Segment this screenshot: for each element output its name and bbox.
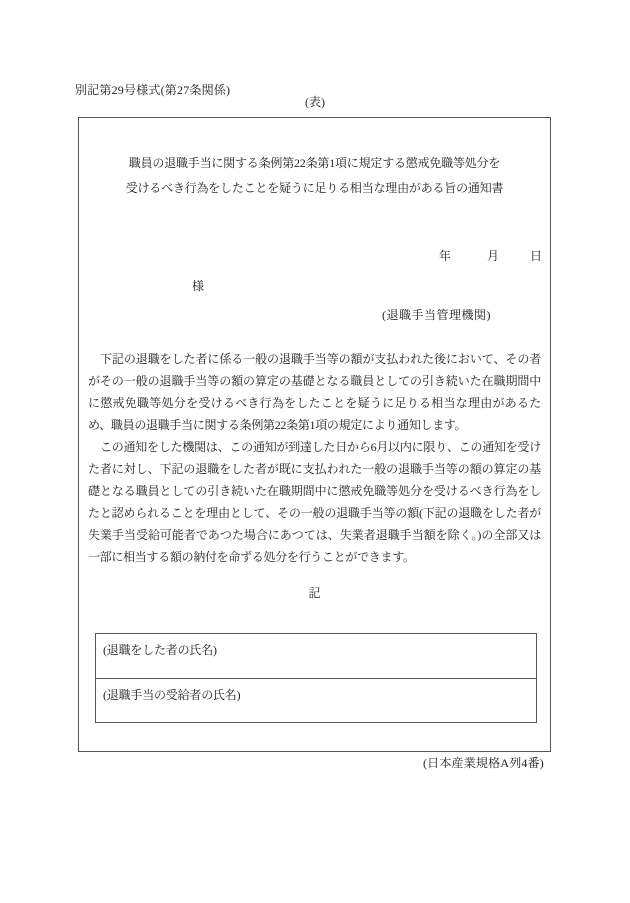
body-paragraph-2: この通知をした機関は、この通知が到達した日から6月以内に限り、この通知を受けた者… <box>88 436 541 568</box>
paper-size-note: (日本産業規格A列4番) <box>423 754 544 771</box>
name-entry-table: (退職をした者の氏名) (退職手当の受給者の氏名) <box>95 633 537 723</box>
document-title-line1: 職員の退職手当に関する条例第22条第1項に規定する懲戒免職等処分を <box>79 151 550 176</box>
record-section-heading: 記 <box>79 584 550 601</box>
sheet-side-label: (表) <box>0 93 630 110</box>
addressee-honorific-label: 様 <box>192 277 204 294</box>
notice-form-border-box: 職員の退職手当に関する条例第22条第1項に規定する懲戒免職等処分を 受けるべき行… <box>78 117 551 752</box>
date-year-label: 年 <box>439 249 451 263</box>
document-page: 別記第29号様式(第27条関係) (表) 職員の退職手当に関する条例第22条第1… <box>0 0 630 903</box>
notice-body: 下記の退職をした者に係る一般の退職手当等の額が支払われた後において、その者がその… <box>88 348 541 568</box>
date-line: 年 月 日 <box>439 247 542 264</box>
date-day-label: 日 <box>530 249 542 263</box>
document-title-line2: 受けるべき行為をしたことを疑うに足りる相当な理由がある旨の通知書 <box>79 176 550 201</box>
table-row-allowance-recipient-name: (退職手当の受給者の氏名) <box>96 678 536 722</box>
document-title: 職員の退職手当に関する条例第22条第1項に規定する懲戒免職等処分を 受けるべき行… <box>79 151 550 201</box>
issuer-authority-label: (退職手当管理機関) <box>382 306 491 323</box>
date-month-label: 月 <box>487 249 499 263</box>
table-row-retired-person-name: (退職をした者の氏名) <box>96 634 536 678</box>
body-paragraph-1: 下記の退職をした者に係る一般の退職手当等の額が支払われた後において、その者がその… <box>88 348 541 436</box>
